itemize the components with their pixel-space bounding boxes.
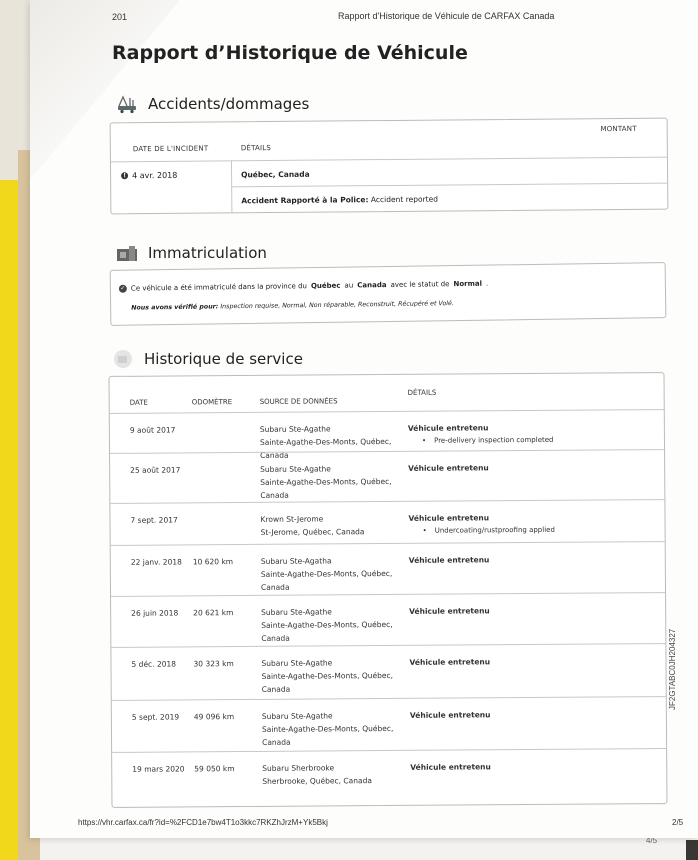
service-source: Subaru Ste-AgatheSainte-Agathe-Des-Monts… — [260, 462, 410, 502]
verified-label: Nous avons vérifié pour: — [131, 303, 218, 311]
service-date: 25 août 2017 — [130, 463, 190, 476]
detail-title: Véhicule entretenu — [408, 460, 658, 475]
header-odometer: ODOMÈTRE — [192, 398, 232, 406]
table-row: 19 mars 202059 050 kmSubaru SherbrookeSh… — [112, 748, 666, 808]
table-row: 22 janv. 201810 620 kmSubaru Ste-AgathaS… — [111, 541, 665, 597]
service-section-heading: Historique de service — [112, 349, 303, 369]
service-source: Subaru Ste-AgathaSainte-Agathe-Des-Monts… — [261, 554, 411, 594]
registration-province: Québec — [311, 282, 341, 290]
registration-section-title: Immatriculation — [148, 244, 267, 262]
table-row: 5 déc. 201830 323 kmSubaru Ste-AgatheSai… — [111, 643, 665, 701]
detail-item: Pre-delivery inspection completed — [408, 433, 658, 448]
divider — [111, 157, 667, 163]
service-date: 9 août 2017 — [130, 423, 190, 436]
source-name: Subaru Ste-Agathe — [260, 422, 410, 436]
detail-item: Undercoating/rustproofing applied — [409, 523, 659, 538]
source-location: Sainte-Agathe-Des-Monts, Québec, Canada — [262, 669, 412, 696]
service-date: 19 mars 2020 — [132, 762, 192, 775]
table-row: 26 juin 201820 621 kmSubaru Ste-AgatheSa… — [111, 592, 665, 648]
source-name: Subaru Ste-Agathe — [262, 709, 412, 723]
detail-title: Véhicule entretenu — [409, 603, 659, 618]
header-incident-date: DATE DE L'INCIDENT — [133, 145, 209, 154]
service-odometer: 10 620 km — [193, 555, 263, 568]
service-date: 26 juin 2018 — [131, 606, 191, 619]
registration-box: ✓ Ce véhicule a été immatriculé dans la … — [110, 262, 667, 326]
table-row: 5 sept. 201949 096 kmSubaru Ste-AgatheSa… — [112, 696, 666, 753]
service-odometer: 49 096 km — [194, 710, 264, 723]
registration-text: avec le statut de — [391, 280, 450, 289]
table-row: 9 août 2017Subaru Ste-AgatheSainte-Agath… — [110, 409, 664, 454]
header-details: DÉTAILS — [408, 389, 437, 397]
service-source: Krown St-JeromeSt-Jerome, Québec, Canada — [260, 512, 410, 539]
service-details: Véhicule entretenuUndercoating/rustproof… — [408, 510, 658, 538]
service-source: Subaru Ste-AgatheSainte-Agathe-Des-Monts… — [261, 656, 411, 696]
vin-number: JF2GTABC0JH204327 — [668, 629, 677, 710]
table-row: 7 sept. 2017Krown St-JeromeSt-Jerome, Qu… — [110, 499, 664, 546]
source-location: Sainte-Agathe-Des-Monts, Québec, Canada — [261, 567, 411, 594]
source-location: St-Jerome, Québec, Canada — [261, 525, 411, 539]
registration-text: . — [486, 280, 488, 288]
service-date: 22 janv. 2018 — [131, 555, 191, 568]
source-name: Subaru Sherbrooke — [262, 761, 412, 775]
registration-text: au — [344, 281, 353, 289]
wrench-icon — [112, 349, 134, 369]
accidents-section-heading: Accidents/dommages — [116, 94, 309, 114]
police-report-label: Accident Rapporté à la Police: — [241, 195, 368, 205]
accidents-table: DATE DE L'INCIDENT DÉTAILS MONTANT ! 4 a… — [110, 118, 669, 215]
service-source: Subaru SherbrookeSherbrooke, Québec, Can… — [262, 761, 412, 788]
source-location: Sainte-Agathe-Des-Monts, Québec, Canada — [260, 475, 410, 502]
registration-text: Ce véhicule a été immatriculé dans la pr… — [131, 282, 307, 292]
service-section-title: Historique de service — [144, 350, 303, 368]
header-data-source: SOURCE DE DONNÉES — [260, 397, 338, 406]
service-date: 5 déc. 2018 — [131, 657, 191, 670]
incident-date-text: 4 avr. 2018 — [132, 171, 177, 180]
service-details: Véhicule entretenu — [410, 707, 660, 722]
detail-title: Véhicule entretenu — [410, 759, 660, 774]
registration-card-icon — [116, 243, 138, 263]
page-title: Rapport d’Historique de Véhicule — [112, 42, 468, 64]
registration-country: Canada — [357, 281, 386, 289]
service-history-table: DATE ODOMÈTRE SOURCE DE DONNÉES DÉTAILS … — [108, 372, 667, 808]
service-odometer: 30 323 km — [193, 657, 263, 670]
service-date: 7 sept. 2017 — [130, 513, 190, 526]
table-row: 25 août 2017Subaru Ste-AgatheSainte-Agat… — [110, 449, 664, 504]
divider — [231, 183, 667, 188]
source-location: Sainte-Agathe-Des-Monts, Québec, Canada — [262, 722, 412, 749]
header-details: DÉTAILS — [241, 144, 271, 152]
source-location: Sherbrooke, Québec, Canada — [262, 774, 412, 788]
service-details: Véhicule entretenu — [409, 603, 659, 618]
police-report: Accident Rapporté à la Police: Accident … — [241, 195, 438, 206]
header-date: DATE — [130, 399, 148, 407]
source-name: Subaru Ste-Agathe — [261, 605, 411, 619]
service-source: Subaru Ste-AgatheSainte-Agathe-Des-Monts… — [262, 709, 412, 749]
source-name: Krown St-Jerome — [260, 512, 410, 526]
alert-icon: ! — [121, 172, 128, 179]
source-name: Subaru Ste-Agathe — [260, 462, 410, 476]
verified-list: Inspection requise, Normal, Non réparabl… — [220, 300, 454, 310]
source-name: Subaru Ste-Agathe — [261, 656, 411, 670]
service-details: Véhicule entretenuPre-delivery inspectio… — [408, 420, 658, 448]
detail-title: Véhicule entretenu — [410, 707, 660, 722]
footer-page-number: 2/5 — [672, 818, 683, 827]
dark-corner-background — [686, 840, 698, 860]
registration-status-line: ✓ Ce véhicule a été immatriculé dans la … — [119, 280, 488, 293]
police-report-value: Accident reported — [371, 195, 438, 205]
service-odometer: 59 050 km — [194, 762, 264, 775]
registration-status: Normal — [453, 280, 482, 288]
service-details: Véhicule entretenu — [409, 654, 659, 669]
service-details: Véhicule entretenu — [410, 759, 660, 774]
service-date: 5 sept. 2019 — [132, 710, 192, 723]
detail-title: Véhicule entretenu — [409, 654, 659, 669]
service-details: Véhicule entretenu — [409, 552, 659, 567]
accidents-section-title: Accidents/dommages — [148, 95, 309, 113]
detail-title: Véhicule entretenu — [409, 552, 659, 567]
incident-date: ! 4 avr. 2018 — [121, 171, 177, 180]
print-header-date: 201 — [112, 12, 127, 22]
registration-section-heading: Immatriculation — [116, 243, 267, 263]
check-circle-icon: ✓ — [119, 285, 127, 293]
footer-url: https://vhr.carfax.ca/fr?id=%2FCD1e7bw4T… — [78, 818, 328, 827]
source-name: Subaru Ste-Agatha — [261, 554, 411, 568]
print-header-title: Rapport d'Historique de Véhicule de CARF… — [338, 11, 554, 21]
service-odometer: 20 621 km — [193, 606, 263, 619]
header-amount: MONTANT — [600, 125, 636, 133]
tow-truck-icon — [116, 94, 138, 114]
service-source: Subaru Ste-AgatheSainte-Agathe-Des-Monts… — [261, 605, 411, 645]
incident-location: Québec, Canada — [241, 170, 310, 180]
divider — [231, 160, 232, 212]
source-location: Sainte-Agathe-Des-Monts, Québec, Canada — [261, 618, 411, 645]
verified-for-line: Nous avons vérifié pour: Inspection requ… — [131, 300, 454, 312]
service-details: Véhicule entretenu — [408, 460, 658, 475]
